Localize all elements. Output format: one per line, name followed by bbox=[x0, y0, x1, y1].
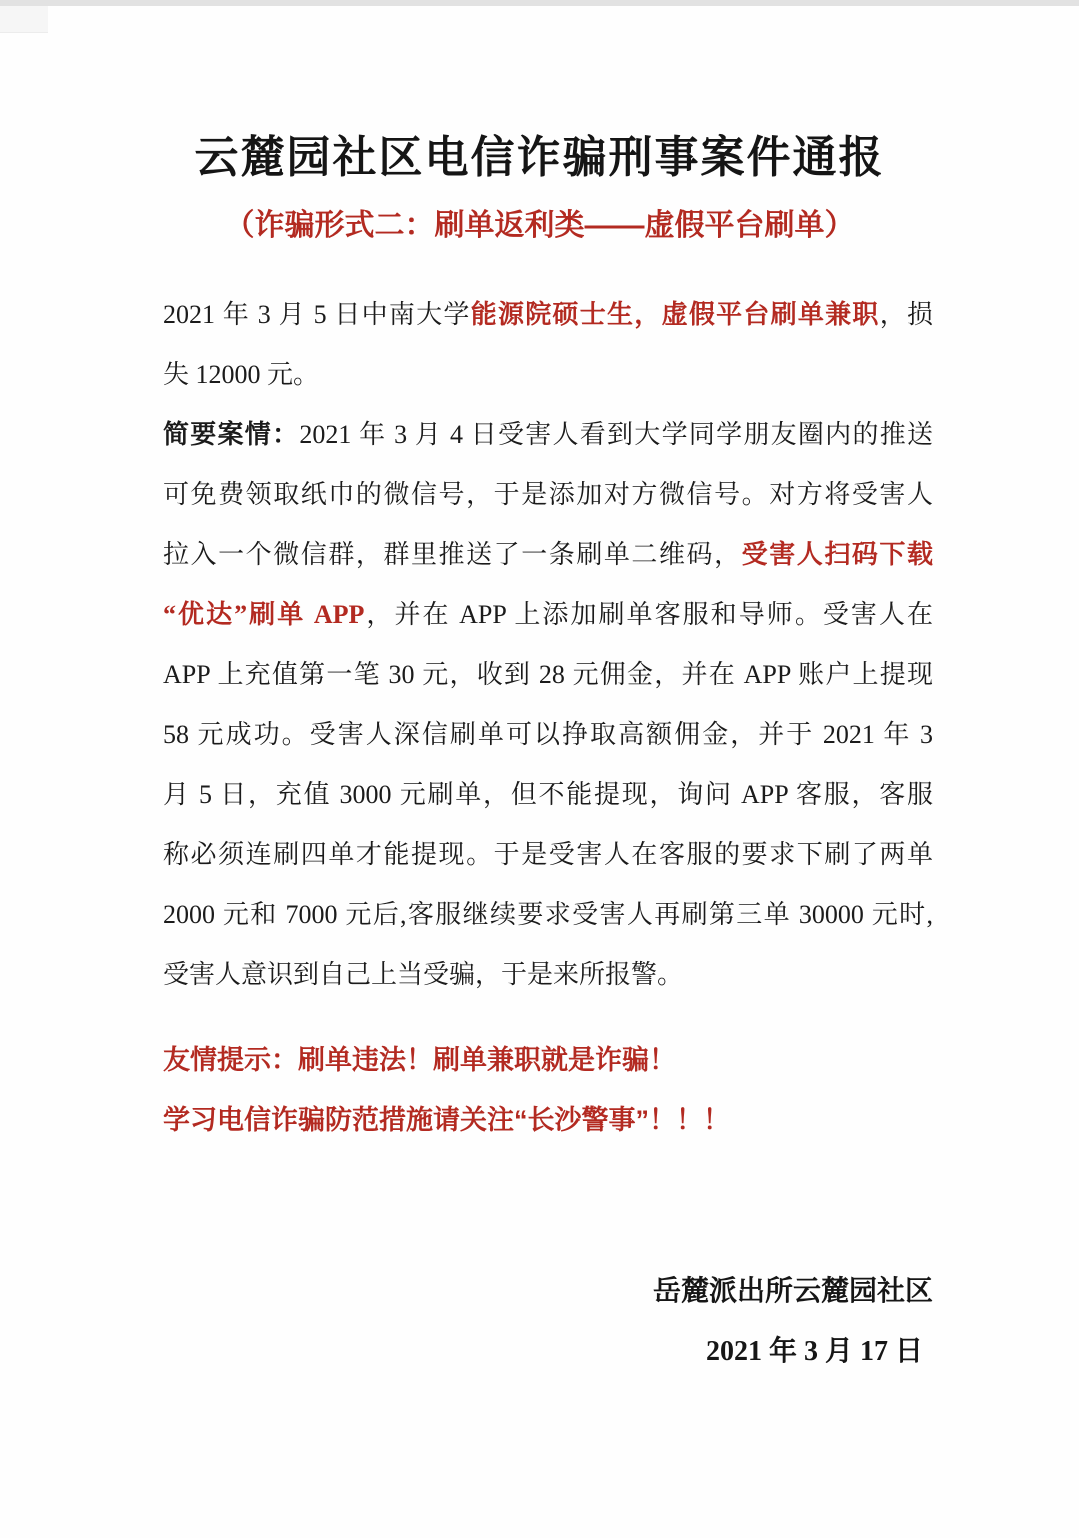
friendly-reminder: 友情提示：刷单违法！刷单兼职就是诈骗！ 学习电信诈骗防范措施请关注“长沙警事”！… bbox=[163, 1030, 953, 1150]
text-segment-red: 受害人扫码下载 bbox=[742, 540, 933, 569]
top-left-corner-artifact bbox=[0, 6, 48, 33]
notice-title: 云麓园社区电信诈骗刑事案件通报 bbox=[0, 126, 1079, 190]
notice-body: 2021 年 3 月 5 日中南大学能源院硕士生，虚假平台刷单兼职，损 失 12… bbox=[163, 285, 933, 1005]
text-segment: 拉入一个微信群，群里推送了一条刷单二维码， bbox=[163, 540, 742, 569]
notice-page: 云麓园社区电信诈骗刑事案件通报 （诈骗形式二：刷单返利类——虚假平台刷单） 20… bbox=[0, 0, 1079, 1538]
body-line-5: 拉入一个微信群，群里推送了一条刷单二维码，受害人扫码下载 bbox=[163, 525, 933, 585]
text-segment: 2021 年 3 月 4 日受害人看到大学同学朋友圈内的推送 bbox=[299, 420, 933, 449]
text-segment: APP 上充值第一笔 30 元，收到 28 元佣金，并在 APP 账户上提现 bbox=[163, 660, 933, 689]
notice-subtitle: （诈骗形式二：刷单返利类——虚假平台刷单） bbox=[0, 204, 1079, 248]
text-segment: 2021 年 3 月 5 日中南大学 bbox=[163, 300, 471, 329]
signature-block: 岳麓派出所云麓园社区 2021 年 3 月 17 日 bbox=[163, 1262, 933, 1382]
signature-org: 岳麓派出所云麓园社区 bbox=[163, 1262, 933, 1322]
text-segment: 称必须连刷四单才能提现。于是受害人在客服的要求下刷了两单 bbox=[163, 840, 933, 869]
text-segment: 失 12000 元。 bbox=[163, 360, 319, 389]
text-segment: 受害人意识到自己上当受骗，于是来所报警。 bbox=[163, 960, 683, 989]
text-segment-red: “优达”刷单 APP bbox=[163, 600, 364, 629]
text-segment: ，并在 APP 上添加刷单客服和导师。受害人在 bbox=[364, 600, 933, 629]
body-line-4: 可免费领取纸巾的微信号，于是添加对方微信号。对方将受害人 bbox=[163, 465, 933, 525]
body-line-7: APP 上充值第一笔 30 元，收到 28 元佣金，并在 APP 账户上提现 bbox=[163, 645, 933, 705]
signature-date: 2021 年 3 月 17 日 bbox=[163, 1322, 933, 1382]
text-segment: 可免费领取纸巾的微信号，于是添加对方微信号。对方将受害人 bbox=[163, 480, 933, 509]
text-segment: 2000 元和 7000 元后,客服继续要求受害人再刷第三单 30000 元时, bbox=[163, 900, 933, 929]
body-line-8: 58 元成功。受害人深信刷单可以挣取高额佣金，并于 2021 年 3 bbox=[163, 705, 933, 765]
body-line-1: 2021 年 3 月 5 日中南大学能源院硕士生，虚假平台刷单兼职，损 bbox=[163, 285, 933, 345]
warning-line-1: 友情提示：刷单违法！刷单兼职就是诈骗！ bbox=[163, 1030, 953, 1090]
text-segment: 58 元成功。受害人深信刷单可以挣取高额佣金，并于 2021 年 3 bbox=[163, 720, 933, 749]
body-line-12: 受害人意识到自己上当受骗，于是来所报警。 bbox=[163, 945, 933, 1005]
text-segment: 月 5 日，充值 3000 元刷单，但不能提现，询问 APP 客服，客服 bbox=[163, 780, 933, 809]
body-line-11: 2000 元和 7000 元后,客服继续要求受害人再刷第三单 30000 元时, bbox=[163, 885, 933, 945]
text-segment-red: 能源院硕士生，虚假平台刷单兼职 bbox=[471, 300, 880, 329]
body-line-10: 称必须连刷四单才能提现。于是受害人在客服的要求下刷了两单 bbox=[163, 825, 933, 885]
text-segment-bold: 简要案情： bbox=[163, 420, 299, 449]
warning-line-2: 学习电信诈骗防范措施请关注“长沙警事”！！！ bbox=[163, 1090, 953, 1150]
top-edge-strip bbox=[0, 0, 1079, 6]
body-line-6: “优达”刷单 APP，并在 APP 上添加刷单客服和导师。受害人在 bbox=[163, 585, 933, 645]
text-segment: ，损 bbox=[880, 300, 933, 329]
body-line-3: 简要案情：2021 年 3 月 4 日受害人看到大学同学朋友圈内的推送 bbox=[163, 405, 933, 465]
body-line-9: 月 5 日，充值 3000 元刷单，但不能提现，询问 APP 客服，客服 bbox=[163, 765, 933, 825]
body-line-2: 失 12000 元。 bbox=[163, 345, 933, 405]
